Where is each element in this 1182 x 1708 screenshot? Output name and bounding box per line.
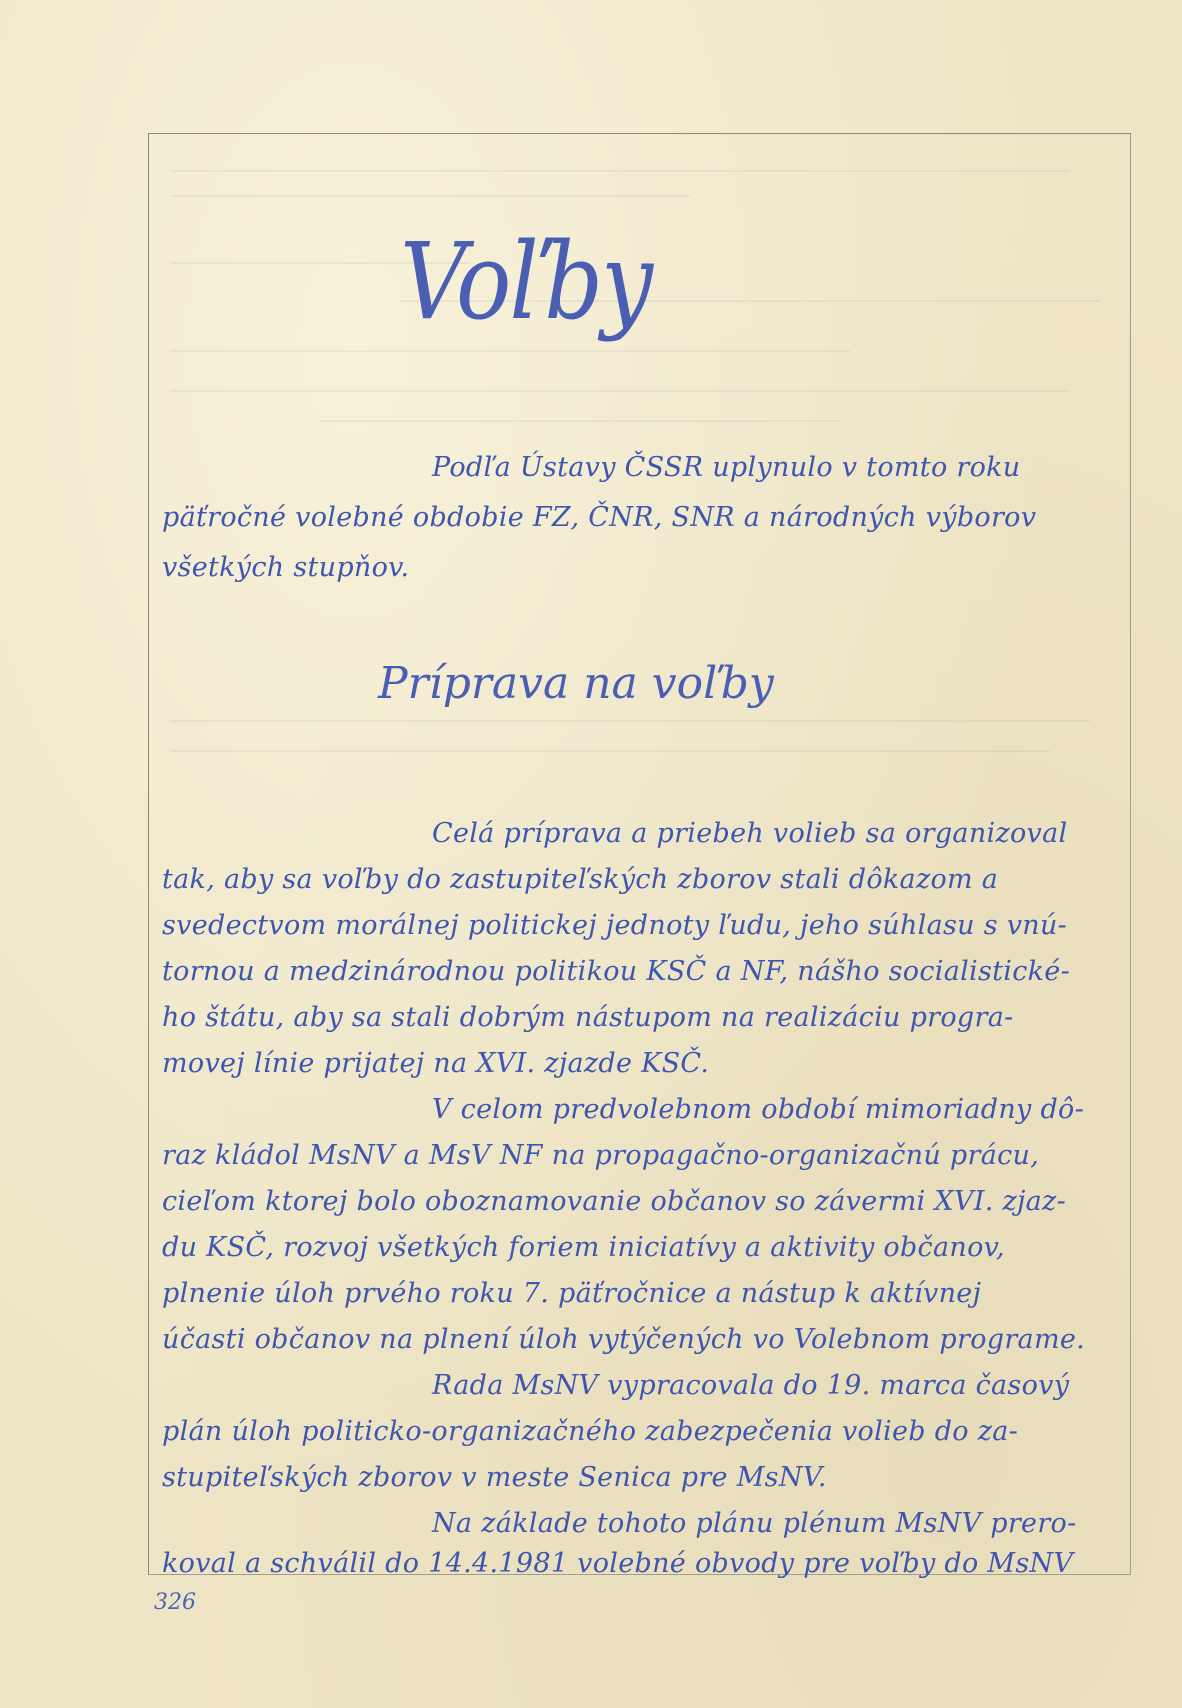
text-line: V celom predvolebnom období mimoriadny d… — [432, 1094, 1084, 1125]
text-line: tornou a medzinárodnou politikou KSČ a N… — [162, 956, 1070, 987]
page-frame — [148, 133, 1131, 1575]
page-number: 326 — [154, 1590, 196, 1615]
text-line: Celá príprava a priebeh volieb sa organi… — [432, 818, 1067, 849]
text-line: du KSČ, rozvoj všetkých foriem iniciatív… — [162, 1232, 1005, 1263]
text-line: raz kládol MsNV a MsV NF na propagačno-o… — [162, 1140, 1039, 1171]
text-line: plán úloh politicko-organizačného zabezp… — [162, 1416, 1018, 1447]
text-line: movej línie prijatej na XVI. zjazde KSČ. — [162, 1048, 709, 1079]
text-line: stupiteľských zborov v meste Senica pre … — [162, 1462, 827, 1493]
text-line: Rada MsNV vypracovala do 19. marca časov… — [432, 1370, 1069, 1401]
text-line: svedectvom morálnej politickej jednoty ľ… — [162, 910, 1067, 941]
text-line: účasti občanov na plnení úloh vytýčených… — [162, 1324, 1085, 1355]
text-line: cieľom ktorej bolo oboznamovanie občanov… — [162, 1186, 1066, 1217]
text-line: Na základe tohoto plánu plénum MsNV prer… — [432, 1508, 1077, 1539]
text-line: ho štátu, aby sa stali dobrým nástupom n… — [162, 1002, 1014, 1033]
document-title: Voľby — [400, 220, 651, 343]
text-line: plnenie úloh prvého roku 7. päťročnice a… — [162, 1278, 981, 1309]
text-line: tak, aby sa voľby do zastupiteľských zbo… — [162, 864, 998, 895]
text-line: Podľa Ústavy ČSSR uplynulo v tomto roku — [432, 452, 1021, 483]
text-line: všetkých stupňov. — [162, 552, 409, 583]
text-line: päťročné volebné obdobie FZ, ČNR, SNR a … — [162, 502, 1036, 533]
text-line: koval a schválil do 14.4.1981 volebné ob… — [162, 1548, 1073, 1579]
section-heading: Príprava na voľby — [378, 658, 774, 709]
